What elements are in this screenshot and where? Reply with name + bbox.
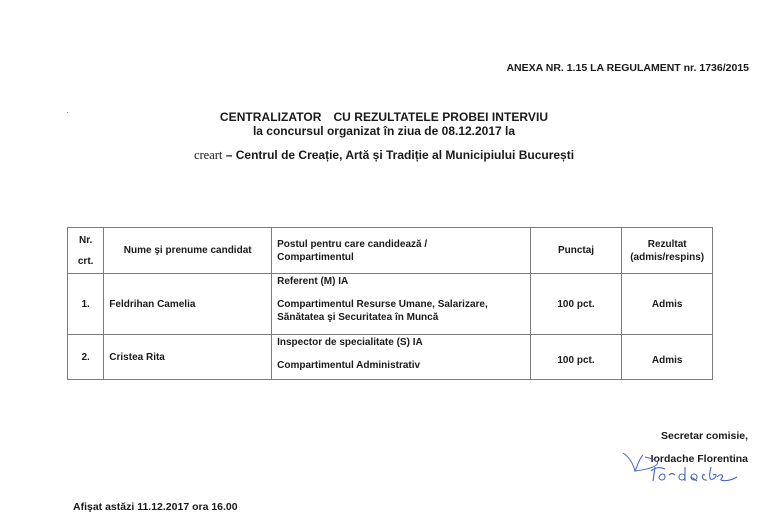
row-department: Compartimentul Administrativ xyxy=(277,359,525,372)
table-header-row: Nr. crt. Nume şi prenume candidat Postul… xyxy=(68,228,713,274)
header-post-line2: Compartimentul xyxy=(277,251,525,264)
row-post: Inspector de specialitate (S) IA Compart… xyxy=(272,335,531,380)
title-part1: CENTRALIZATOR xyxy=(220,110,322,124)
document-title: CENTRALIZATORCU REZULTATELE PROBEI INTER… xyxy=(0,110,768,124)
row-post: Referent (M) IA Compartimentul Resurse U… xyxy=(272,274,531,335)
header-result: Rezultat (admis/respins) xyxy=(622,228,713,274)
row-result: Admis xyxy=(622,335,713,380)
row-score: 100 pct. xyxy=(530,335,622,380)
header-result-line1: Rezultat xyxy=(627,238,707,251)
header-name: Nume şi prenume candidat xyxy=(104,228,272,274)
row-result: Admis xyxy=(622,274,713,335)
document-subtitle: la concursul organizat în ziua de 08.12.… xyxy=(0,124,768,138)
row-department: Compartimentul Resurse Umane, Salarizare… xyxy=(277,298,525,324)
row-role: Referent (M) IA xyxy=(277,274,525,288)
signature-icon xyxy=(621,449,741,489)
header-nr-line1: Nr. xyxy=(73,230,98,251)
annex-reference: ANEXA NR. 1.15 LA REGULAMENT nr. 1736/20… xyxy=(506,62,749,74)
header-nr-line2: crt. xyxy=(73,251,98,272)
organization-line: creart – Centrul de Creație, Artă și Tra… xyxy=(0,148,768,163)
header-post-line1: Postul pentru care candidează / xyxy=(277,238,525,251)
row-candidate-name: Cristea Rita xyxy=(104,335,272,380)
row-role: Inspector de specialitate (S) IA xyxy=(277,335,525,349)
row-nr: 1. xyxy=(68,274,104,335)
header-result-line2: (admis/respins) xyxy=(627,251,707,264)
organization-name: – Centrul de Creație, Artă și Tradiție a… xyxy=(222,148,574,162)
row-candidate-name: Feldrihan Camelia xyxy=(104,274,272,335)
row-nr: 2. xyxy=(68,335,104,380)
header-score: Punctaj xyxy=(530,228,622,274)
table-row: 1. Feldrihan Camelia Referent (M) IA Com… xyxy=(68,274,713,335)
row-score: 100 pct. xyxy=(530,274,622,335)
header-nr: Nr. crt. xyxy=(68,228,104,274)
row-department-line1: Compartimentul Resurse Umane, Salarizare… xyxy=(277,299,488,310)
header-post: Postul pentru care candidează / Comparti… xyxy=(272,228,531,274)
title-part2: CU REZULTATELE PROBEI INTERVIU xyxy=(333,110,548,124)
table-row: 2. Cristea Rita Inspector de specialitat… xyxy=(68,335,713,380)
secretary-title: Secretar comisie, xyxy=(661,430,748,442)
posted-date: Afişat astăzi 11.12.2017 ora 16.00 xyxy=(73,501,238,513)
row-department-line2: Sănătatea şi Securitatea în Muncă xyxy=(277,312,438,323)
organization-prefix: creart xyxy=(194,148,222,162)
results-table: Nr. crt. Nume şi prenume candidat Postul… xyxy=(67,227,713,380)
